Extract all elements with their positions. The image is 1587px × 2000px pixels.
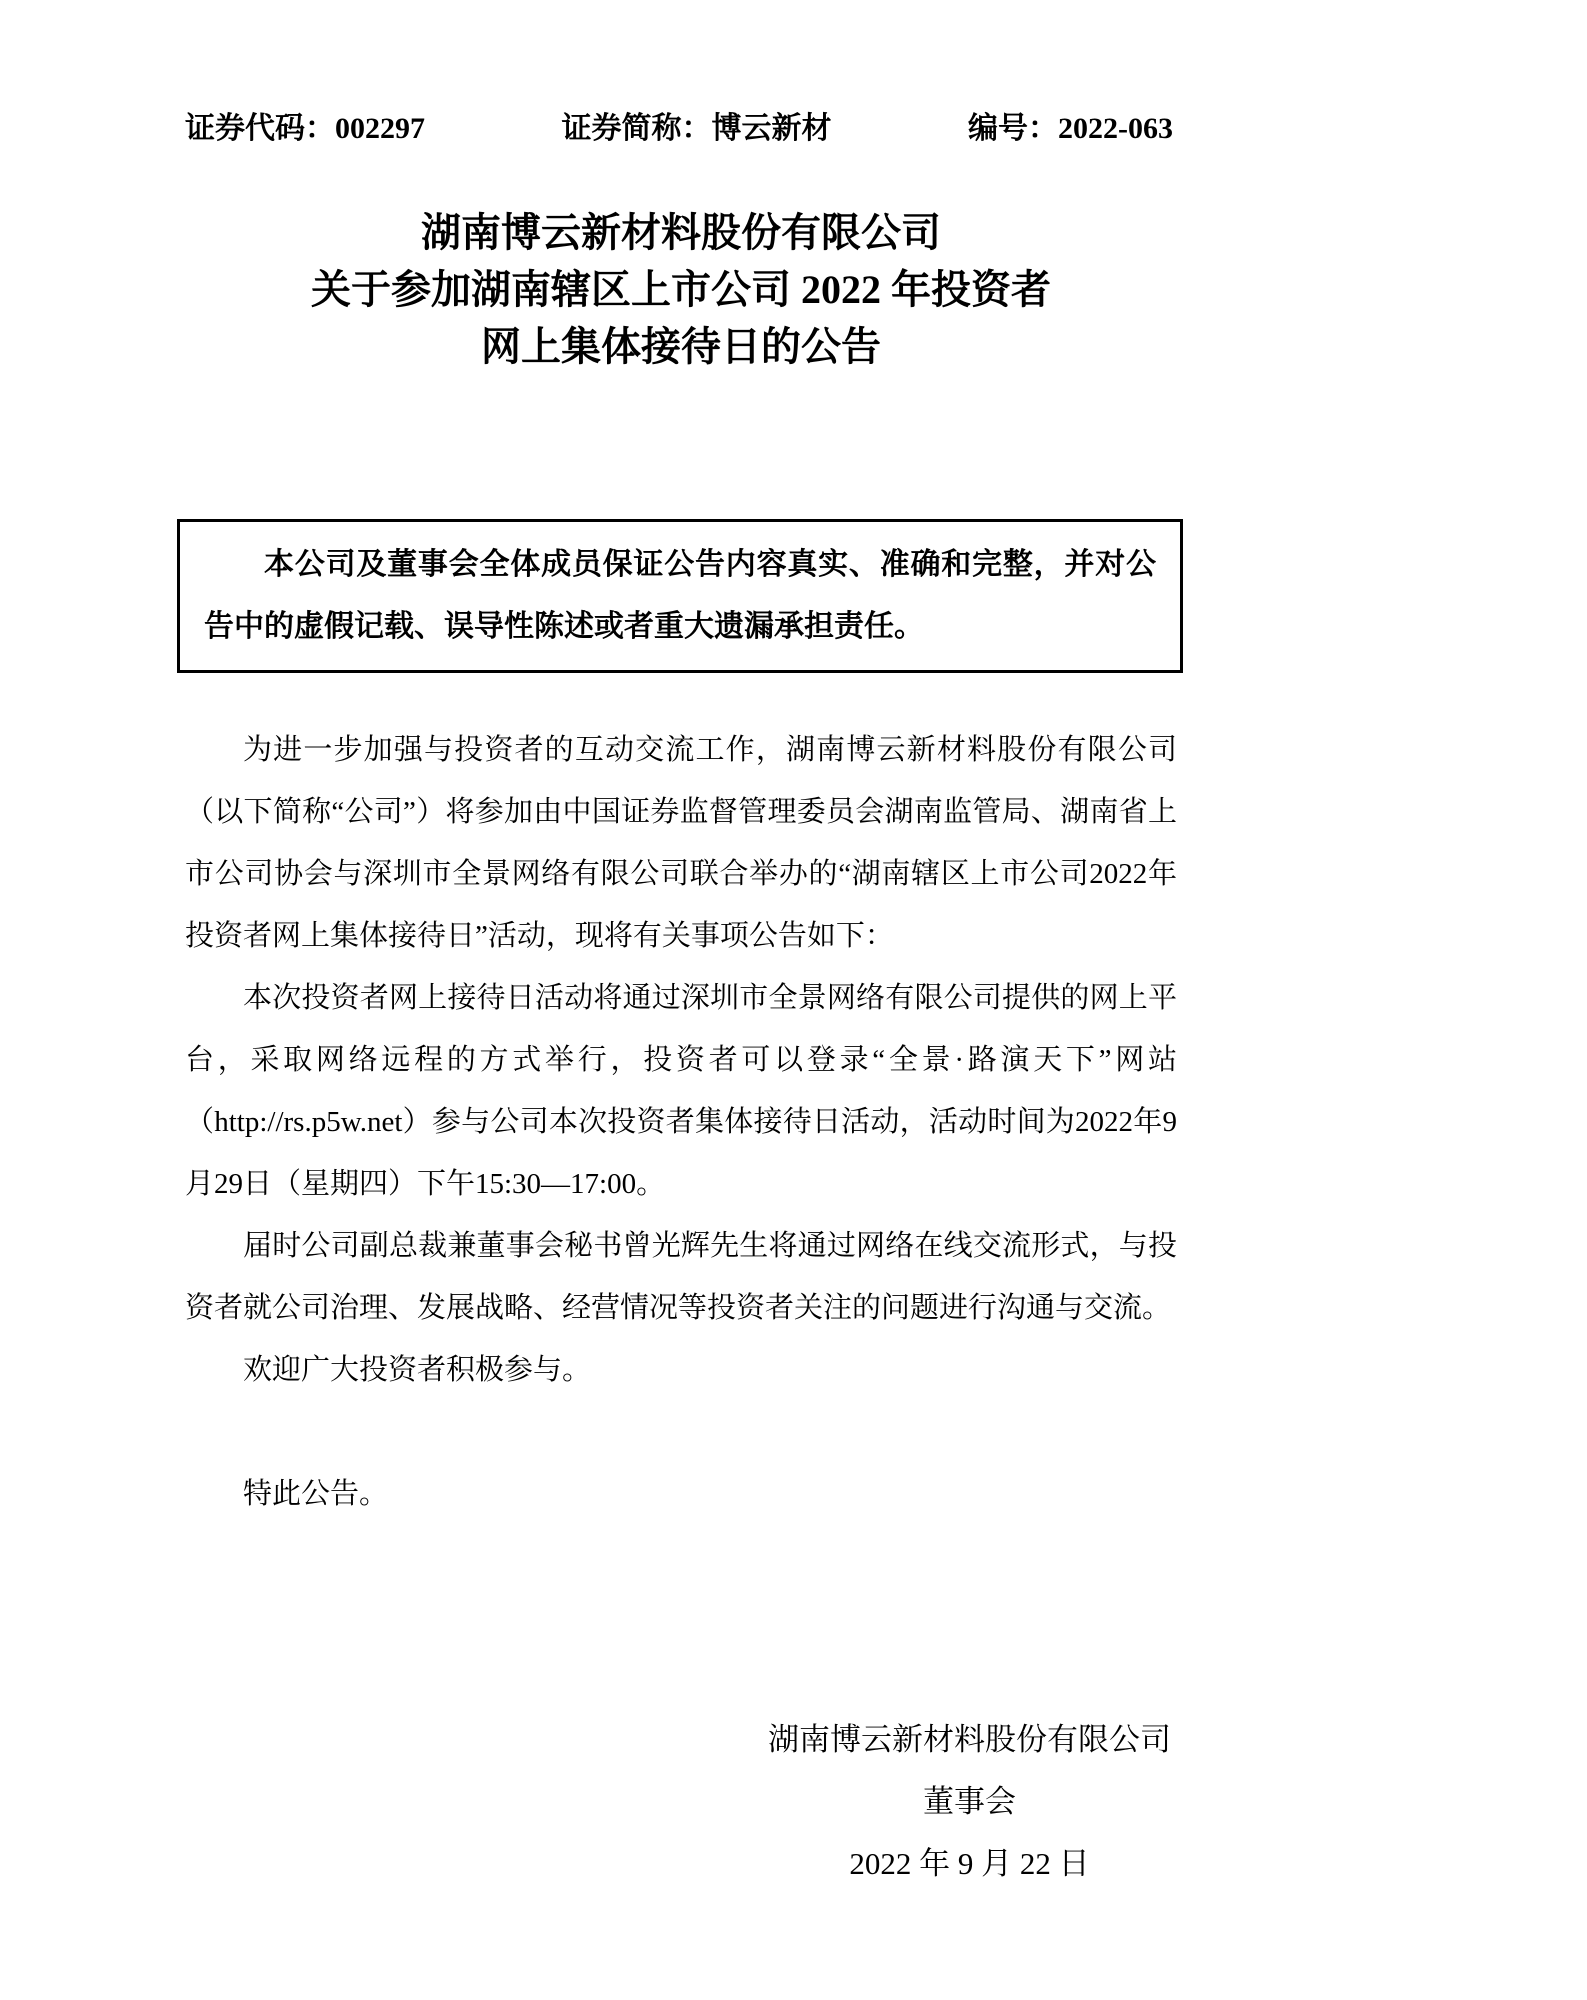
- paragraph-event-details: 本次投资者网上接待日活动将通过深圳市全景网络有限公司提供的网上平台，采取网络远程…: [185, 967, 1177, 1215]
- paragraph-closing: 特此公告。: [185, 1463, 1177, 1525]
- signature-inner: 湖南博云新材料股份有限公司 董事会 2022 年 9 月 22 日: [768, 1709, 1171, 1895]
- stock-code-item: 证券代码：002297: [185, 108, 425, 150]
- disclaimer-text: 本公司及董事会全体成员保证公告内容真实、准确和完整，并对公告中的虚假记载、误导性…: [204, 534, 1156, 658]
- stock-name-label: 证券简称：: [562, 112, 712, 145]
- paragraph-intro: 为进一步加强与投资者的互动交流工作，湖南博云新材料股份有限公司（以下简称“公司”…: [185, 719, 1177, 967]
- signature-company: 湖南博云新材料股份有限公司: [768, 1709, 1171, 1771]
- doc-number-label: 编号：: [968, 112, 1058, 145]
- announcement-body: 为进一步加强与投资者的互动交流工作，湖南博云新材料股份有限公司（以下简称“公司”…: [185, 719, 1177, 1525]
- title-line-3: 网上集体接待日的公告: [185, 318, 1177, 375]
- stock-code-value: 002297: [335, 112, 425, 145]
- title-line-1: 湖南博云新材料股份有限公司: [185, 204, 1177, 261]
- stock-code-label: 证券代码：: [185, 112, 335, 145]
- doc-number-value: 2022-063: [1058, 112, 1173, 145]
- disclaimer-box: 本公司及董事会全体成员保证公告内容真实、准确和完整，并对公告中的虚假记载、误导性…: [177, 519, 1183, 673]
- signature-block: 湖南博云新材料股份有限公司 董事会 2022 年 9 月 22 日: [185, 1709, 1177, 1895]
- stock-name-value: 博云新材: [712, 112, 832, 145]
- title-line-2: 关于参加湖南辖区上市公司 2022 年投资者: [185, 261, 1177, 318]
- paragraph-participants: 届时公司副总裁兼董事会秘书曾光辉先生将通过网络在线交流形式，与投资者就公司治理、…: [185, 1215, 1177, 1339]
- signature-board: 董事会: [768, 1771, 1171, 1833]
- doc-number-item: 编号：2022-063: [968, 108, 1173, 150]
- paragraph-welcome: 欢迎广大投资者积极参与。: [185, 1339, 1177, 1401]
- signature-date: 2022 年 9 月 22 日: [768, 1833, 1171, 1895]
- securities-header-row: 证券代码：002297 证券简称：博云新材 编号：2022-063: [185, 108, 1177, 150]
- document-title: 湖南博云新材料股份有限公司 关于参加湖南辖区上市公司 2022 年投资者 网上集…: [185, 204, 1177, 375]
- announcement-document: 证券代码：002297 证券简称：博云新材 编号：2022-063 湖南博云新材…: [185, 0, 1177, 1895]
- stock-name-item: 证券简称：博云新材: [562, 108, 832, 150]
